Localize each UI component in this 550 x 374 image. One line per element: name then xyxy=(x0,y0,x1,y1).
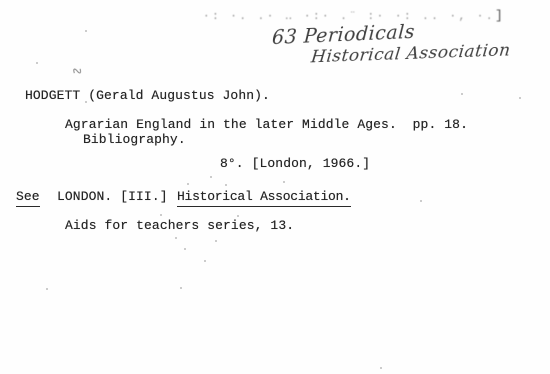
scan-speck xyxy=(180,287,182,289)
scan-speck xyxy=(187,183,189,185)
scan-speck xyxy=(380,367,382,369)
scan-speck xyxy=(85,101,87,103)
see-label-underlined: See xyxy=(16,189,40,207)
erased-marks: ·: ·. .· ‥ ·:· .¨ :· ·: .. ·, ·. xyxy=(203,11,495,23)
imprint-line: 8°. [London, 1966.] xyxy=(220,156,370,171)
scan-speck xyxy=(225,184,227,186)
title-line: Agrarian England in the later Middle Age… xyxy=(65,117,468,132)
catalog-card: ·: ·. .· ‥ ·:· .¨ :· ·: .. ·, ·.] 63 Per… xyxy=(0,0,550,374)
see-subheading-underlined: Historical Association. xyxy=(177,189,351,207)
see-reference-subheading: Historical Association. xyxy=(177,189,351,204)
series-line: Aids for teachers series, 13. xyxy=(65,218,294,233)
author-heading: HODGETT (Gerald Augustus John). xyxy=(25,88,270,103)
scan-speck xyxy=(283,181,285,183)
erased-typed-line: ·: ·. .· ‥ ·:· .¨ :· ·: .. ·, ·.] xyxy=(203,8,473,24)
scan-speck xyxy=(36,62,38,64)
see-reference-heading: LONDON. [III.] xyxy=(57,189,168,204)
scan-speck xyxy=(184,248,186,250)
pencil-scribble-mark: ∿ xyxy=(69,62,86,80)
scan-speck xyxy=(204,260,206,262)
scan-speck xyxy=(215,240,217,242)
bibliography-note: Bibliography. xyxy=(83,132,186,147)
scan-speck xyxy=(85,30,87,32)
scan-speck xyxy=(461,93,463,95)
see-reference-label: See xyxy=(16,189,40,204)
scan-speck xyxy=(210,176,212,178)
scan-speck xyxy=(420,200,422,202)
scan-speck xyxy=(160,214,162,216)
scan-speck xyxy=(46,288,48,290)
scan-speck xyxy=(237,215,239,217)
scan-speck xyxy=(519,97,521,99)
scan-speck xyxy=(175,237,177,239)
erased-bracket: ] xyxy=(495,8,503,23)
